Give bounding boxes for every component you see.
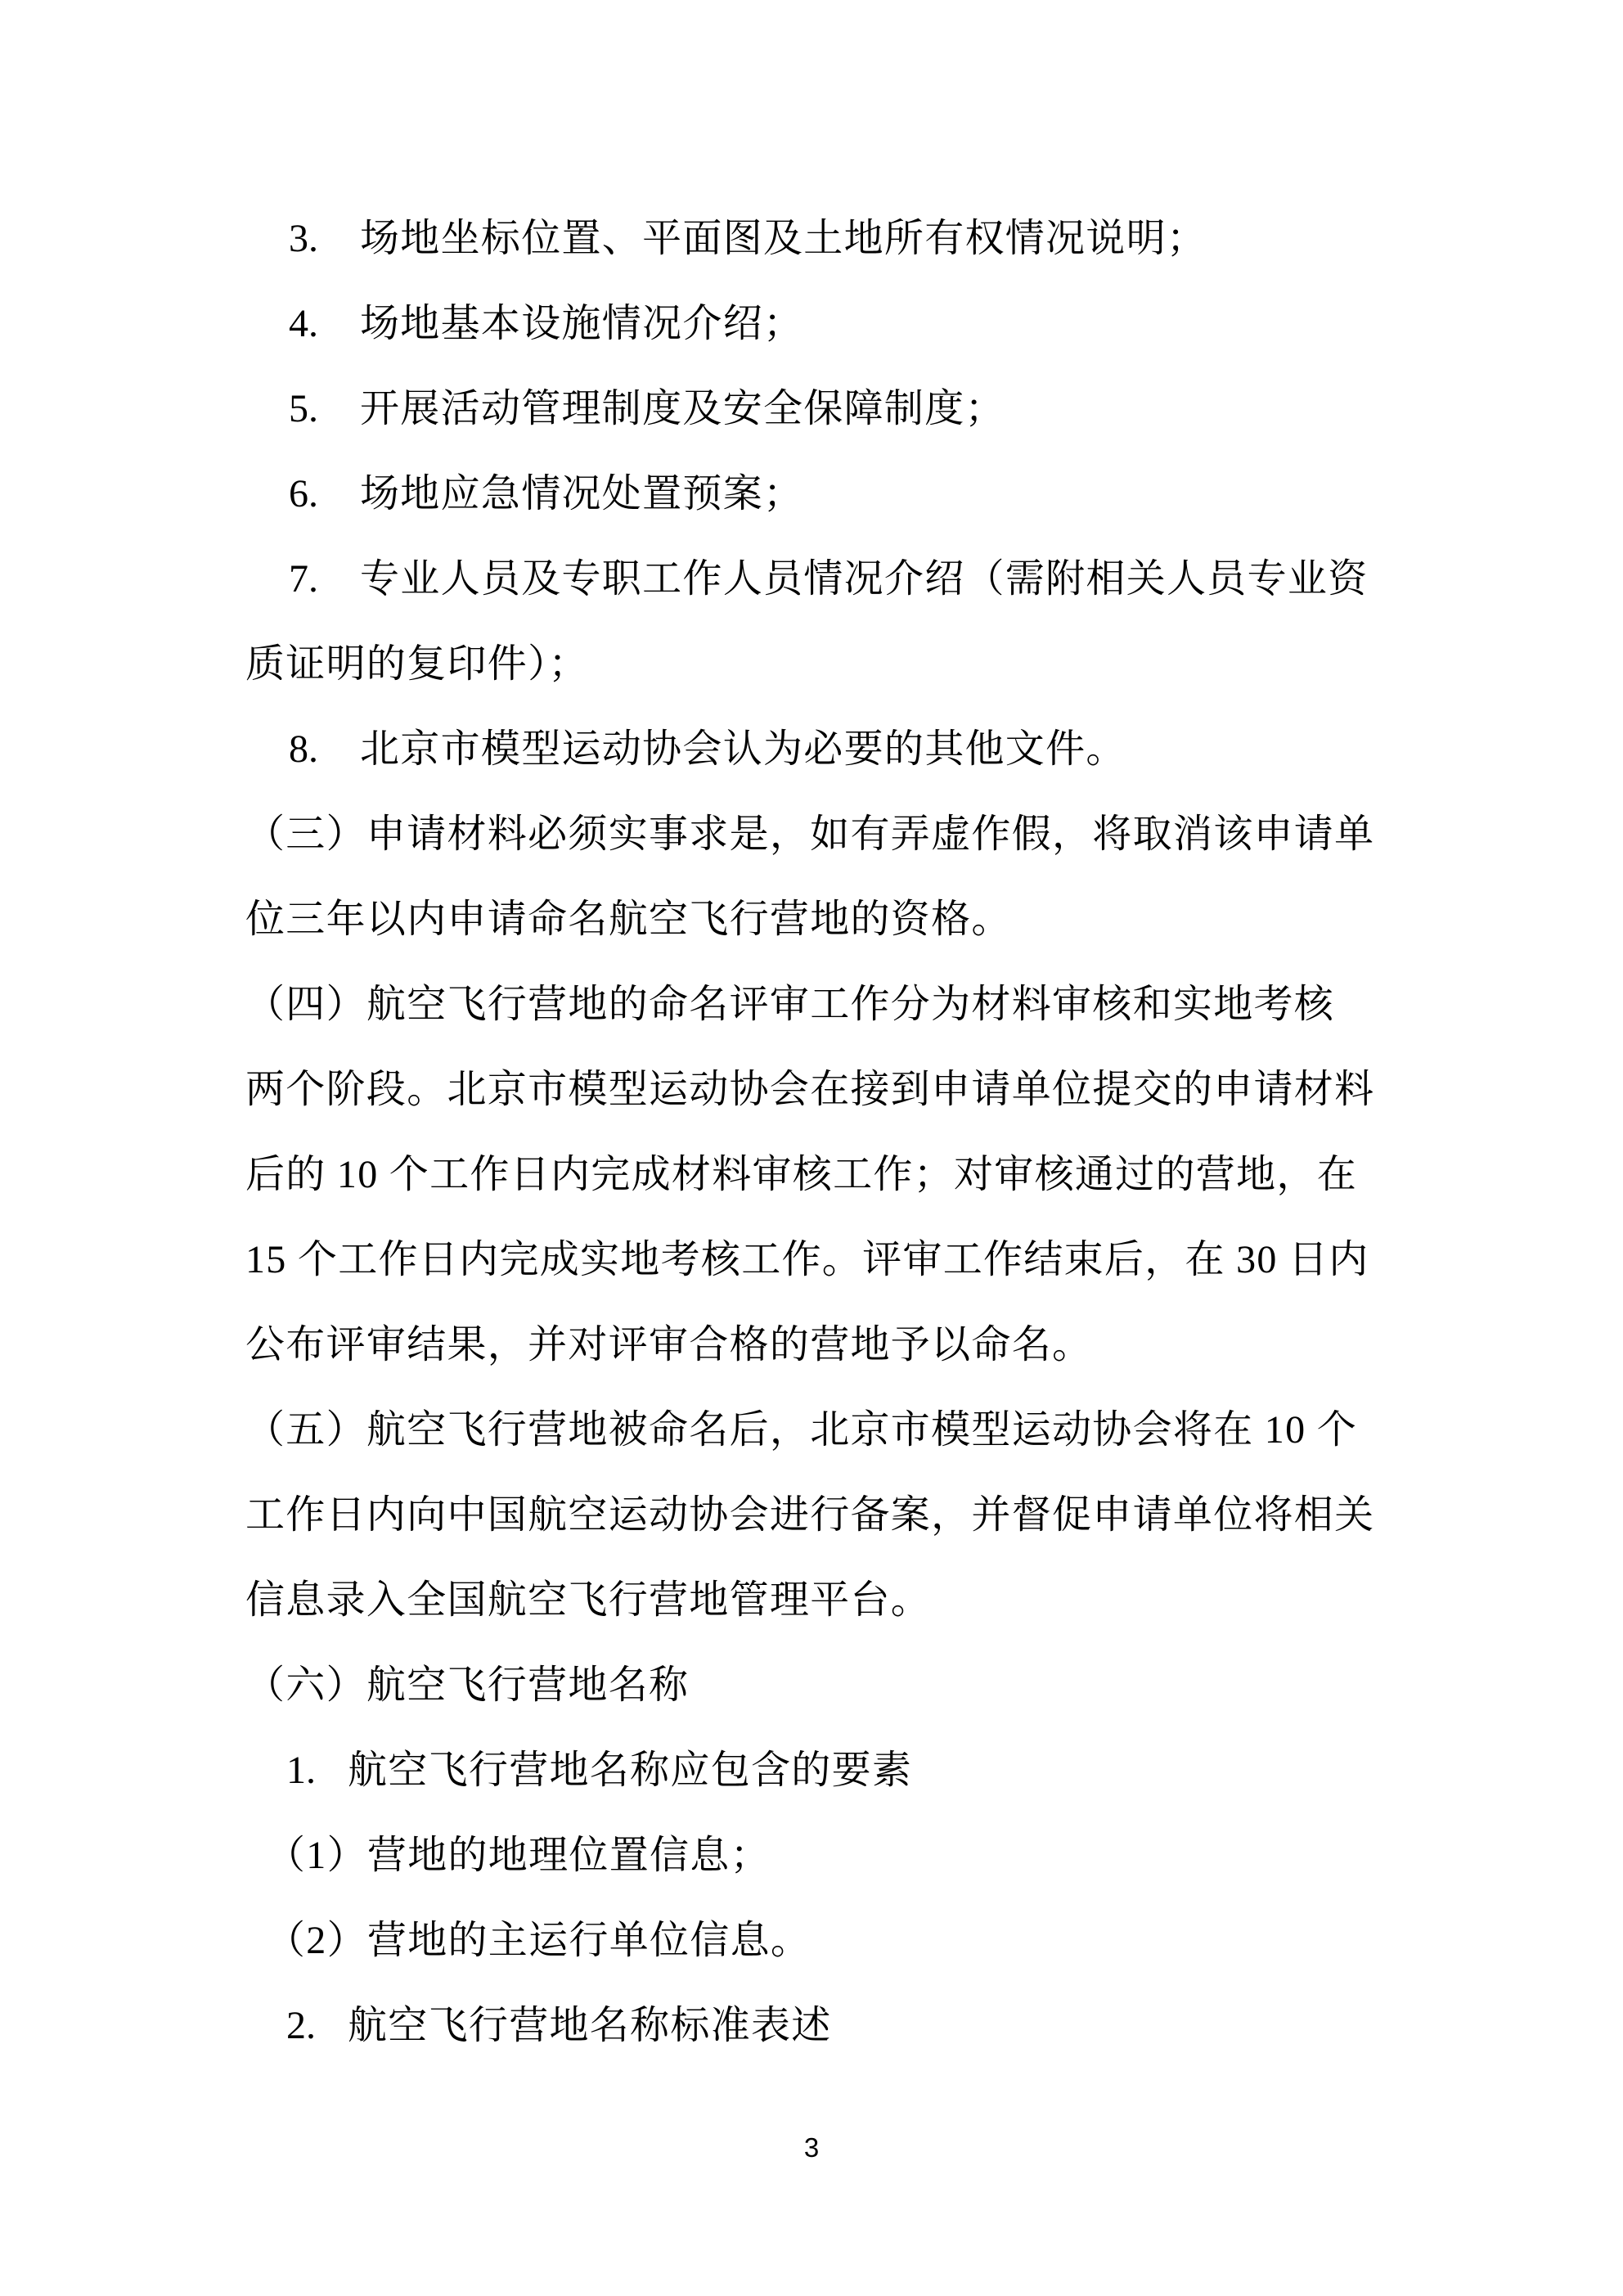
document-page: 3.场地坐标位置、平面图及土地所有权情况说明； 4.场地基本设施情况介绍； 5.… [0, 0, 1623, 2296]
paragraph-wu-line-1: （五）航空飞行营地被命名后，北京市模型运动协会将在 10 个 [245, 1388, 1391, 1473]
list-item-6: 6.场地应急情况处置预案； [245, 452, 1391, 537]
document-body: 3.场地坐标位置、平面图及土地所有权情况说明； 4.场地基本设施情况介绍； 5.… [245, 196, 1391, 2069]
list-item-text: 航空飞行营地名称应包含的要素 [348, 1749, 912, 1792]
list-item-8: 8.北京市模型运动协会认为必要的其他文件。 [245, 707, 1391, 792]
paragraph-wu-line-3: 信息录入全国航空飞行营地管理平台。 [245, 1558, 1391, 1643]
page-number: 3 [0, 2105, 1623, 2190]
paragraph-si-line-3: 后的 10 个工作日内完成材料审核工作；对审核通过的营地，在 [245, 1132, 1391, 1218]
list-item-text: 北京市模型运动协会认为必要的其他文件。 [360, 727, 1126, 771]
list-number: 2. [286, 1983, 348, 2069]
list-item-text: 场地基本设施情况介绍； [360, 302, 803, 345]
paragraph-si-line-1: （四）航空飞行营地的命名评审工作分为材料审核和实地考核 [245, 962, 1391, 1047]
paragraph-si-line-5: 公布评审结果，并对评审合格的营地予以命名。 [245, 1303, 1391, 1388]
list-number: 8. [289, 707, 360, 792]
list-number: 6. [289, 452, 360, 537]
list-item-text: 航空飞行营地名称标准表述 [348, 2004, 832, 2047]
list-number: 1. [286, 1728, 348, 1813]
list-number: 3. [289, 196, 360, 281]
list-item-7: 7.专业人员及专职工作人员情况介绍（需附相关人员专业资 [245, 537, 1391, 622]
sub-item-paren-2: （2）营地的主运行单位信息。 [245, 1898, 1391, 1983]
list-item-text: 场地应急情况处置预案； [360, 472, 803, 515]
sub-item-paren-1: （1）营地的地理位置信息； [245, 1813, 1391, 1898]
list-item-2: 2.航空飞行营地名称标准表述 [245, 1983, 1391, 2069]
list-item-text: 开展活动管理制度及安全保障制度； [360, 387, 1005, 430]
paragraph-si-line-2: 两个阶段。北京市模型运动协会在接到申请单位提交的申请材料 [245, 1047, 1391, 1132]
list-number: 5. [289, 367, 360, 452]
paragraph-san-line-1: （三）申请材料必须实事求是，如有弄虚作假，将取消该申请单 [245, 792, 1391, 877]
list-item-7-continuation: 质证明的复印件）； [245, 622, 1391, 707]
paragraph-si-line-4: 15 个工作日内完成实地考核工作。评审工作结束后，在 30 日内 [245, 1218, 1391, 1303]
paragraph-liu-heading: （六）航空飞行营地名称 [245, 1643, 1391, 1728]
list-item-4: 4.场地基本设施情况介绍； [245, 281, 1391, 367]
list-item-3: 3.场地坐标位置、平面图及土地所有权情况说明； [245, 196, 1391, 281]
paragraph-san-line-2: 位三年以内申请命名航空飞行营地的资格。 [245, 877, 1391, 962]
list-number: 7. [289, 537, 360, 622]
list-item-text: 场地坐标位置、平面图及土地所有权情况说明； [360, 217, 1207, 260]
list-item-1: 1.航空飞行营地名称应包含的要素 [245, 1728, 1391, 1813]
list-item-text: 专业人员及专职工作人员情况介绍（需附相关人员专业资 [360, 557, 1369, 601]
list-number: 4. [289, 281, 360, 367]
list-item-5: 5.开展活动管理制度及安全保障制度； [245, 367, 1391, 452]
paragraph-wu-line-2: 工作日内向中国航空运动协会进行备案，并督促申请单位将相关 [245, 1473, 1391, 1558]
